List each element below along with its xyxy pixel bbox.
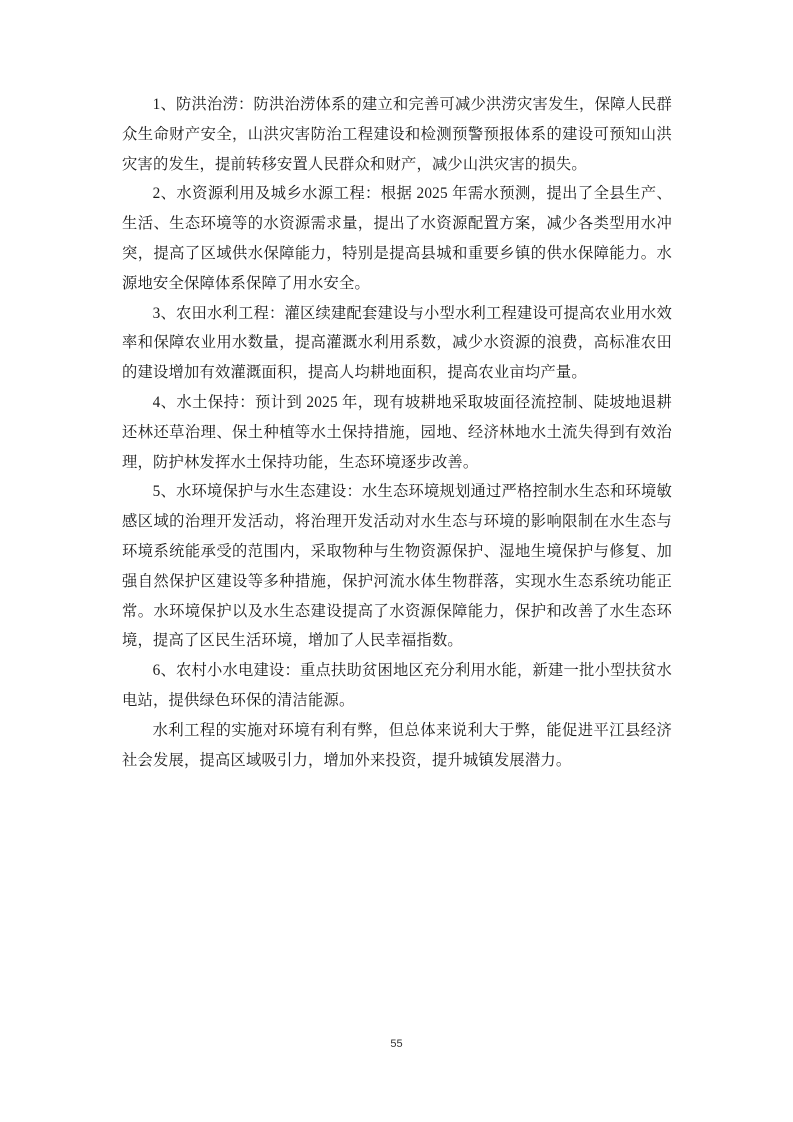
document-page: 1、防洪治涝：防洪治涝体系的建立和完善可减少洪涝灾害发生，保障人民群众生命财产安… [0,0,793,1122]
paragraph-farmland-irrigation: 3、农田水利工程：灌区续建配套建设与小型水利工程建设可提高农业用水效率和保障农业… [122,299,672,388]
paragraph-rural-hydropower: 6、农村小水电建设：重点扶助贫困地区充分利用水能，新建一批小型扶贫水电站，提供绿… [122,656,672,716]
paragraph-water-resources: 2、水资源利用及城乡水源工程：根据 2025 年需水预测，提出了全县生产、生活、… [122,179,672,298]
paragraph-soil-conservation: 4、水土保持：预计到 2025 年，现有坡耕地采取坡面径流控制、陡坡地退耕还林还… [122,388,672,477]
paragraph-flood-control: 1、防洪治涝：防洪治涝体系的建立和完善可减少洪涝灾害发生，保障人民群众生命财产安… [122,90,672,179]
page-number: 55 [390,1038,402,1050]
page-body-text: 1、防洪治涝：防洪治涝体系的建立和完善可减少洪涝灾害发生，保障人民群众生命财产安… [122,90,672,775]
paragraph-conclusion: 水利工程的实施对环境有利有弊，但总体来说利大于弊，能促进平江县经济社会发展，提高… [122,716,672,776]
page-footer: 55 [0,1038,793,1050]
paragraph-water-ecology: 5、水环境保护与水生态建设：水生态环境规划通过严格控制水生态和环境敏感区域的治理… [122,477,672,656]
